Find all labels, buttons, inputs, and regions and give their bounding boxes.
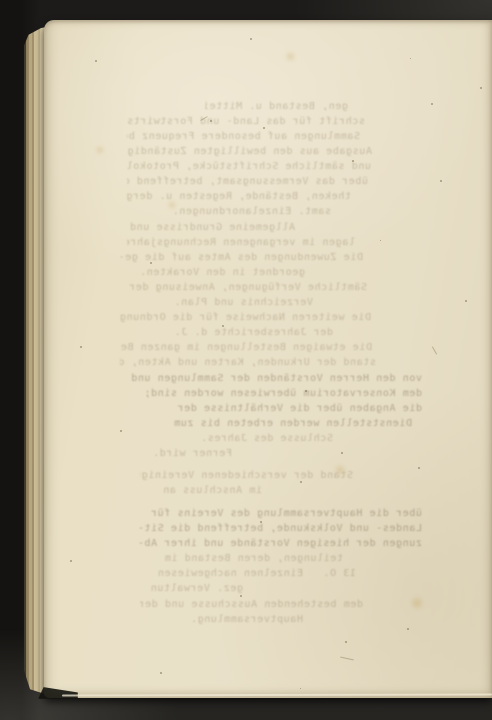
paper-speck bbox=[160, 672, 162, 674]
paper-speck bbox=[70, 560, 72, 562]
bleedthrough-line: zungen der hiesigen Vorstände und ihrer … bbox=[129, 537, 422, 550]
paper-speck bbox=[407, 628, 409, 630]
bleedthrough-line: Schlusse des Jahres. bbox=[140, 432, 333, 445]
paper-speck bbox=[345, 641, 347, 643]
paper-speck bbox=[222, 325, 224, 327]
paper-stain bbox=[97, 147, 103, 153]
bleedthrough-line: Ausgabe aus den bewilligten Zuständigkei… bbox=[127, 145, 372, 158]
bleedthrough-line: die Angaben über die Verhältnisse der bbox=[129, 402, 422, 415]
bleedthrough-line: Landes- und Volkskunde, betreffend die S… bbox=[129, 522, 422, 535]
bleedthrough-line: Hauptversammlung. bbox=[150, 613, 303, 626]
bleedthrough-line: schrift für das Land- und Forstwirtschaf… bbox=[127, 115, 365, 128]
bleedthrough-line: Die etwaigen Bestellungen im ganzen Be- bbox=[120, 341, 372, 354]
paper-speck bbox=[120, 430, 122, 432]
paper-speck bbox=[480, 87, 482, 89]
bleedthrough-line: Sämtliche Verfügungen, Anweisung der bbox=[120, 281, 367, 294]
bleedthrough-line: 13 O. bbox=[316, 567, 356, 580]
bleedthrough-line: geordnet in den Vorakten. bbox=[140, 266, 305, 279]
bleedthrough-line: dem bestehenden Ausschusse und der bbox=[140, 598, 363, 611]
bleedthrough-line: theken, Bestände, Regesten u. dergl. bbox=[127, 190, 351, 203]
bleedthrough-line: Stand der verschiedenen Vereinigungen bbox=[140, 469, 353, 482]
bleedthrough-line: Einzelnen nachgewiesen bbox=[140, 567, 303, 580]
bleedthrough-line: dem Konservatorium überwiesen worden sin… bbox=[120, 387, 422, 400]
paper-speck bbox=[300, 481, 302, 483]
bleedthrough-line: gez. Verwaltung bbox=[150, 582, 243, 595]
bleedthrough-line: der Jahresberichte d. J. bbox=[140, 326, 333, 339]
paper-speck bbox=[250, 38, 252, 40]
paper-stain bbox=[412, 598, 422, 608]
bleedthrough-line: gen, Bestand u. Mitteilungen des Verband… bbox=[205, 100, 348, 113]
paper-speck bbox=[263, 127, 265, 129]
bleedthrough-line: über das Vermessungsamt, betreffend die bbox=[127, 175, 368, 188]
bleedthrough-line: Verzeichnis und Plan. bbox=[140, 296, 313, 309]
paper-speck bbox=[341, 452, 343, 454]
paper-speck bbox=[240, 595, 242, 597]
bleedthrough-line: stand der Urkunden, Karten und Akten, di… bbox=[120, 356, 376, 369]
paper-speck bbox=[95, 60, 97, 62]
paper-speck bbox=[305, 390, 307, 392]
paper-speck bbox=[380, 240, 381, 241]
bleedthrough-line: Die Zuwendungen des Amtes auf die ge- bbox=[120, 251, 363, 264]
bleedthrough-line: teilungen, deren Bestand im bbox=[140, 552, 343, 565]
bleedthrough-line: im Anschluss an bbox=[129, 484, 262, 497]
paper-speck bbox=[80, 346, 82, 348]
paper-stain bbox=[169, 202, 175, 208]
paper-speck bbox=[465, 300, 467, 302]
bleedthrough-line: Die weiteren Nachweise für die Ordnung bbox=[120, 311, 371, 324]
bleedthrough-line: lagen im vergangenen Rechnungsjahre für bbox=[127, 236, 355, 249]
paper-speck bbox=[300, 688, 301, 689]
bleedthrough-line: von den Herren Vorständen der Sammlungen… bbox=[120, 372, 422, 385]
bleedthrough-line: über die Hauptversammlung des Vereins fü… bbox=[129, 507, 422, 520]
paper-speck bbox=[352, 160, 354, 162]
scan-background: gen, Bestand u. Mitteilungen des Verband… bbox=[0, 0, 492, 720]
paper-stain bbox=[336, 466, 344, 474]
paper-speck bbox=[260, 521, 262, 523]
bleedthrough-line: Sammlungen auf besondere Frequenz beantr… bbox=[127, 130, 360, 143]
bleedthrough-line: Allgemeine Grundrisse und Nachweise bbox=[127, 221, 295, 234]
bleedthrough-line: Ferner wird. bbox=[129, 447, 232, 460]
bleedthrough-line: und sämtliche Schriftstücke, Protokolle … bbox=[127, 160, 371, 173]
paper-stain bbox=[287, 53, 294, 60]
paper-speck bbox=[440, 180, 442, 182]
paper-speck bbox=[150, 262, 152, 264]
bleedthrough-line: Dienststellen werden erbeten bis zum bbox=[129, 417, 412, 430]
paper-speck bbox=[418, 467, 420, 469]
paper-speck bbox=[210, 120, 212, 122]
paper-speck bbox=[410, 58, 411, 59]
paper-speck bbox=[431, 103, 433, 105]
bleedthrough-text: gen, Bestand u. Mitteilungen des Verband… bbox=[0, 0, 492, 720]
